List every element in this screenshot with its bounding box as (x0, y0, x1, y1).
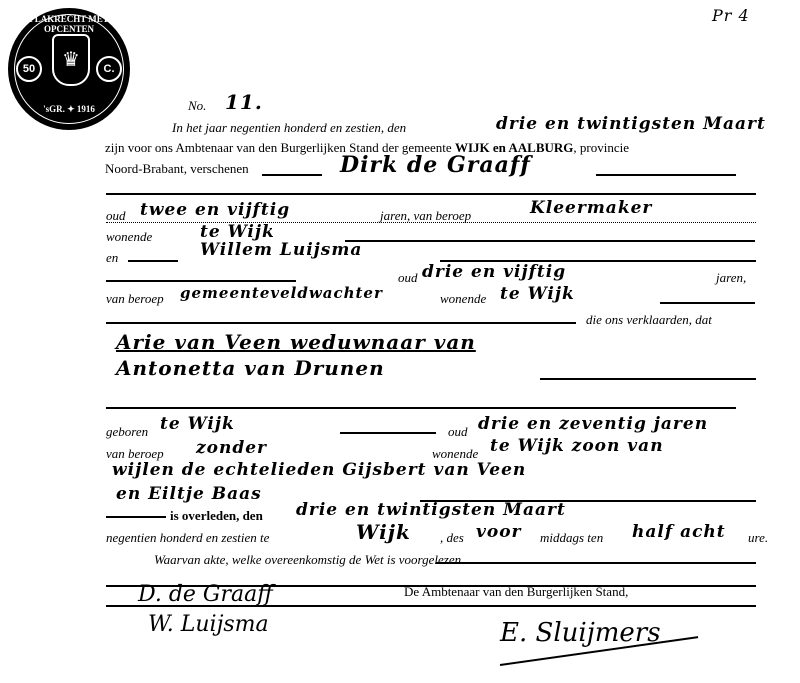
time-label-a: , des (440, 530, 464, 546)
deceased-occupation: zonder (196, 438, 267, 458)
record-number-label: No. (188, 98, 206, 114)
declarant2-occupation: gemeenteveldwachter (180, 284, 383, 302)
declarant1-residence: te Wijk (200, 222, 275, 242)
record-number: 11. (225, 90, 263, 114)
declarant2-age: drie en vijftig (422, 262, 566, 282)
time-label-b: middags ten (540, 530, 603, 546)
declare-label: die ons verklaarden, dat (586, 312, 712, 328)
deceased-residence: te Wijk zoon van (490, 436, 664, 456)
line1-print: In het jaar negentien honderd en zestien… (172, 120, 406, 136)
died-place: Wijk (356, 520, 411, 544)
deceased-age: drie en zeventig jaren (478, 414, 708, 434)
deceased-age-label: oud (448, 424, 468, 440)
declarant2-signature: W. Luijsma (148, 612, 269, 637)
declarant2-occupation-label: van beroep (106, 291, 164, 307)
and-label: en (106, 250, 118, 266)
declarant2-residence: te Wijk (500, 284, 575, 304)
died-date: drie en twintigsten Maart (296, 500, 566, 520)
declarant2-years-label: jaren, (716, 270, 746, 286)
stamp-currency: C. (96, 56, 122, 82)
time-label-c: ure. (748, 530, 768, 546)
born-label: geboren (106, 424, 148, 440)
coat-of-arms-icon: ♛ (52, 34, 90, 86)
stamp-top-text: PLAKRECHT MET OPCENTEN (8, 14, 130, 34)
deceased-name-line1: Arie van Veen weduwnaar van (116, 330, 476, 354)
stamp-value: 50 (16, 56, 42, 82)
declarant2-age-label: oud (398, 270, 418, 286)
registration-date: drie en twintigsten Maart (496, 114, 766, 134)
declarant1-name: Dirk de Graaff (340, 152, 531, 178)
stamp-bottom-text: 'sGR. ✦ 1916 (8, 104, 130, 115)
declarant1-occupation: Kleermaker (530, 198, 652, 218)
declarant1-signature: D. de Graaff (138, 582, 273, 607)
declarant1-age: twee en vijftig (140, 200, 290, 220)
corner-mark: Pr 4 (712, 6, 750, 25)
time-part: voor (476, 522, 522, 542)
official-label: De Ambtenaar van den Burgerlijken Stand, (404, 584, 628, 600)
official-signature: E. Sluijmers (500, 618, 661, 648)
deceased-name-line2: Antonetta van Drunen (116, 356, 385, 380)
line3-print: Noord-Brabant, verschenen (105, 161, 249, 177)
time-value: half acht (632, 522, 726, 542)
parents-line1: wijlen de echtelieden Gijsbert van Veen (112, 460, 526, 480)
revenue-stamp: PLAKRECHT MET OPCENTEN 50 ♛ C. 'sGR. ✦ 1… (8, 8, 130, 130)
died-label: is overleden, den (170, 508, 263, 523)
line2-print-b: , provincie (573, 140, 629, 155)
declarant2-name: Willem Luijsma (200, 240, 362, 260)
born-place: te Wijk (160, 414, 235, 434)
parents-line2: en Eiltje Baas (116, 484, 262, 504)
declarant1-residence-label: wonende (106, 229, 152, 245)
closing-statement: Waarvan akte, welke overeenkomstig de We… (154, 552, 464, 568)
year-label: negentien honderd en zestien te (106, 530, 269, 546)
declarant2-residence-label: wonende (440, 291, 486, 307)
